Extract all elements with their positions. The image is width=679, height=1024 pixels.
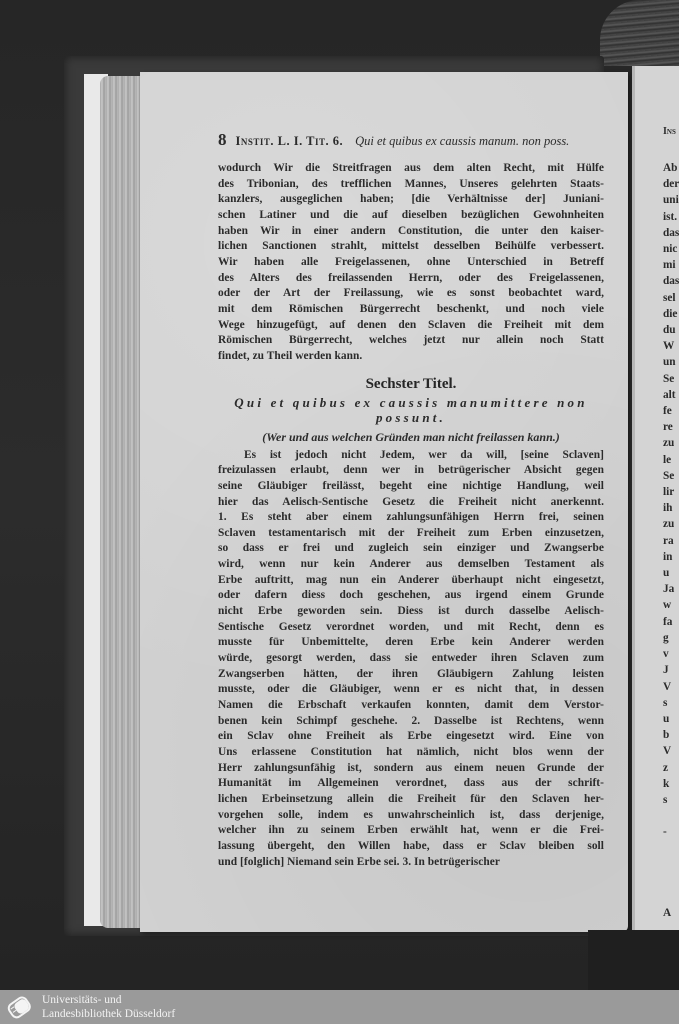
library-footer-banner[interactable]: Universitäts- und Landesbibliothek Düsse…	[0, 990, 679, 1024]
book-page-right-fragment: Ins Ab der uni ist. das nic mi das sel d…	[632, 66, 679, 936]
scan-background-corner	[588, 930, 679, 990]
text-line: Wege hinzugefügt, auf denen den Sclaven …	[218, 318, 604, 334]
text-line: welcher ihn zu seinem Erben erwählt hat,…	[218, 823, 604, 839]
text-line: benen kein Schimpf geschehe. 2. Dasselbe…	[218, 714, 604, 730]
text-line: Erbe auftritt, mag nun ein Anderer überh…	[218, 573, 604, 589]
text-line: freizulassen erlaubt, denn wer in betrüg…	[218, 463, 604, 479]
text-line: 1. Es steht aber einem zahlungsunfähigen…	[218, 510, 604, 526]
german-title: (Wer und aus welchen Gründen man nicht f…	[218, 430, 604, 445]
running-head: 8 Instit. L. I. Tit. 6. Qui et quibus ex…	[218, 130, 604, 150]
text-line: kanzlers, ausgeglichen haben; [die Verhä…	[218, 192, 604, 208]
text-line: oder dafern diess doch geschehen, aus ir…	[218, 588, 604, 604]
opening-paragraph: wodurch Wir die Streitfragen aus dem alt…	[218, 161, 604, 365]
text-line: Namen die Erbschaft verkaufen konnten, d…	[218, 698, 604, 714]
page-text-block: 8 Instit. L. I. Tit. 6. Qui et quibus ex…	[218, 130, 604, 870]
latin-title-line1: Qui et quibus ex caussis manumittere non	[218, 395, 604, 410]
text-line: lichen Erbeinsetzung allein die Freiheit…	[218, 792, 604, 808]
right-running-head: Ins	[663, 126, 676, 137]
text-line: Es ist jedoch nicht Jedem, wer da will, …	[218, 448, 604, 464]
text-line: haben Wir in einer andern Constitution, …	[218, 224, 604, 240]
latin-title-line2: possunt.	[218, 410, 604, 425]
text-line: findet, zu Theil werden kann.	[218, 349, 604, 365]
text-line: würde, gesorgt werden, dass sie entweder…	[218, 651, 604, 667]
text-line: so dass er frei und zugleich sein einzig…	[218, 541, 604, 557]
right-page-block-edges	[600, 0, 679, 66]
text-line: Römischen Bürgerrecht, welches jetzt nur…	[218, 333, 604, 349]
text-line: oder der Art der Freilassung, wie es son…	[218, 286, 604, 302]
latin-title: Qui et quibus ex caussis manumittere non…	[218, 395, 604, 425]
text-line: vorgehen solle, indem es unwahrscheinlic…	[218, 808, 604, 824]
text-line: hier das Aelisch-Sentische Gesetz die Fr…	[218, 495, 604, 511]
text-line: seine Gläubiger freilässt, begeht eine n…	[218, 479, 604, 495]
body-paragraph: Es ist jedoch nicht Jedem, wer da will, …	[218, 448, 604, 871]
text-line: Zwangserben hätten, der ihren Gläubigern…	[218, 667, 604, 683]
text-line: Wir haben alle Freigelassenen, ohne Unte…	[218, 255, 604, 271]
text-line: ein Sclav ohne Freiheit als Erbe eingese…	[218, 729, 604, 745]
text-line: des Tribonian, des trefflichen Mannes, U…	[218, 177, 604, 193]
text-line: schen Latiner und die auf dieselben bezü…	[218, 208, 604, 224]
text-line: des Alters des freilassenden Herrn, oder…	[218, 271, 604, 287]
text-line: Sclaven testamentarisch mit der Freiheit…	[218, 526, 604, 542]
ulb-book-logo-icon	[2, 990, 36, 1024]
text-line: lassung übergeht, den Willen habe, dass …	[218, 839, 604, 855]
chapter-heading: Sechster Titel.	[218, 376, 604, 393]
text-line: Uns erlassene Constitution hat nämlich, …	[218, 745, 604, 761]
text-line: nicht Erbe geworden sein. Diess ist durc…	[218, 604, 604, 620]
library-name: Universitäts- und Landesbibliothek Düsse…	[42, 993, 175, 1021]
text-line: Sentische Gesetz verordnet worden, und m…	[218, 620, 604, 636]
library-name-line1: Universitäts- und	[42, 993, 175, 1007]
text-line: und [folglich] Niemand sein Erbe sei. 3.…	[218, 855, 604, 871]
book-page-left: 8 Instit. L. I. Tit. 6. Qui et quibus ex…	[140, 72, 628, 932]
right-page-text-fragment: Ab der uni ist. das nic mi das sel die d…	[663, 160, 679, 922]
text-line: Humanität im Allgemeinen verordnet, dass…	[218, 776, 604, 792]
text-line: Herr zahlungsunfähig ist, sondern aus ei…	[218, 761, 604, 777]
text-line: musste für Unbemittelte, deren Erbe kein…	[218, 635, 604, 651]
running-title: Qui et quibus ex caussis manum. non poss…	[355, 134, 569, 149]
text-line: musste, oder die Gläubiger, wenn er es n…	[218, 682, 604, 698]
text-line: wird, wenn nur kein Anderer aus demselbe…	[218, 557, 604, 573]
book-reference: Instit. L. I. Tit. 6.	[236, 134, 344, 149]
text-line: wodurch Wir die Streitfragen aus dem alt…	[218, 161, 604, 177]
text-line: mit dem Römischen Bürgerrecht beschenkt,…	[218, 302, 604, 318]
text-line: lichen Sanctionen strahlt, mittelst dess…	[218, 239, 604, 255]
page-number: 8	[218, 130, 227, 150]
library-name-line2: Landesbibliothek Düsseldorf	[42, 1007, 175, 1021]
